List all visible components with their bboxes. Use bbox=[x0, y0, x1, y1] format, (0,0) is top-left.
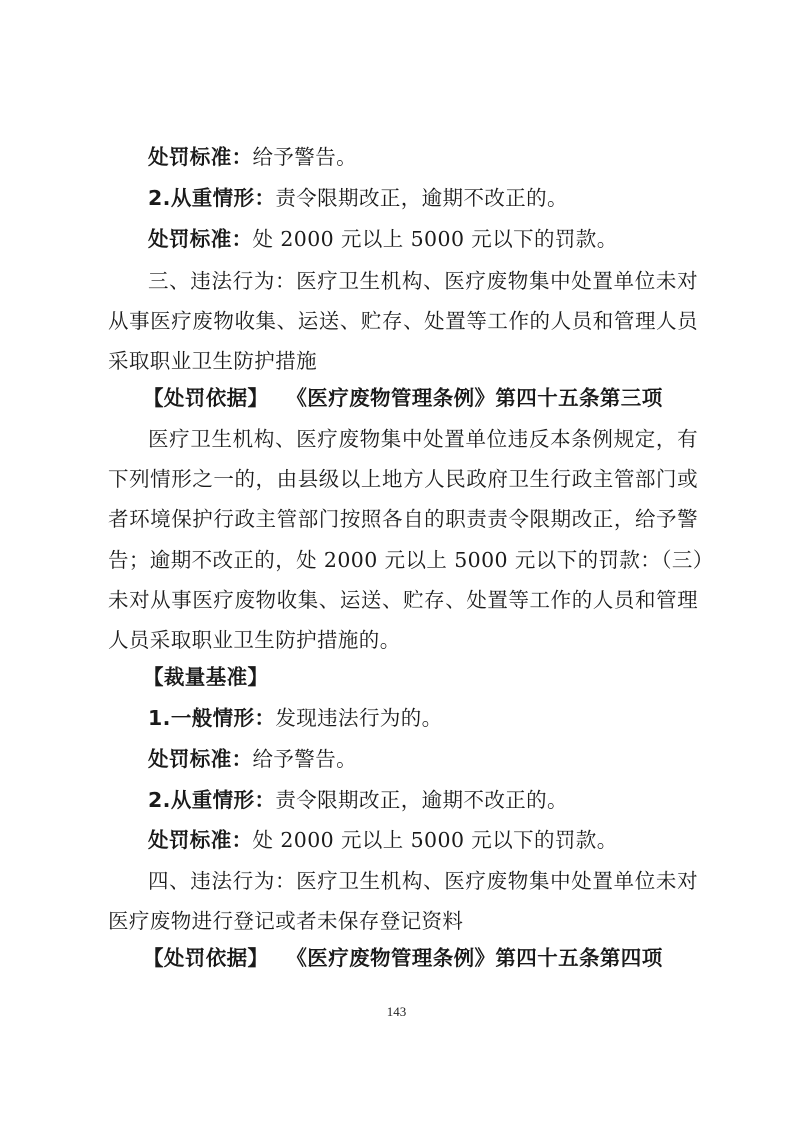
serious-case-line: 2.从重情形：责令限期改正，逾期不改正的。 bbox=[148, 787, 738, 813]
general-case-line: 1.一般情形：发现违法行为的。 bbox=[148, 705, 738, 731]
serious-case-label: 2.从重情形： bbox=[148, 788, 275, 812]
violation-text: 从事医疗废物收集、运送、贮存、处置等工作的人员和管理人员 bbox=[108, 308, 698, 334]
general-case-text: 发现违法行为的。 bbox=[275, 706, 442, 730]
penalty-basis-heading: 【处罚依据】《医疗废物管理条例》第四十五条第三项 bbox=[143, 385, 733, 411]
penalty-standard-text: 处 2000 元以上 5000 元以下的罚款。 bbox=[253, 227, 618, 251]
discretion-standard-heading: 【裁量基准】 bbox=[143, 664, 733, 690]
penalty-standard-label: 处罚标准： bbox=[148, 145, 253, 169]
penalty-basis-label: 【处罚依据】 bbox=[143, 946, 268, 970]
general-case-label: 1.一般情形： bbox=[148, 706, 275, 730]
penalty-standard-line: 处罚标准：处 2000 元以上 5000 元以下的罚款。 bbox=[148, 827, 738, 853]
basis-body-text: 医疗卫生机构、医疗废物集中处置单位违反本条例规定，有 bbox=[148, 426, 698, 452]
violation-heading-4: 四、违法行为：医疗卫生机构、医疗废物集中处置单位未对 bbox=[148, 868, 698, 894]
serious-case-label: 2.从重情形： bbox=[148, 186, 275, 210]
penalty-basis-reference: 《医疗废物管理条例》第四十五条第四项 bbox=[286, 946, 662, 970]
basis-body-text: 告；逾期不改正的，处 2000 元以上 5000 元以下的罚款：（三） bbox=[108, 547, 698, 573]
penalty-standard-text: 给予警告。 bbox=[253, 145, 358, 169]
basis-body-text: 人员采取职业卫生防护措施的。 bbox=[108, 627, 698, 653]
penalty-basis-reference: 《医疗废物管理条例》第四十五条第三项 bbox=[286, 386, 662, 410]
penalty-basis-label: 【处罚依据】 bbox=[143, 386, 268, 410]
serious-case-line: 2.从重情形：责令限期改正，逾期不改正的。 bbox=[148, 185, 738, 211]
penalty-standard-label: 处罚标准： bbox=[148, 227, 253, 251]
serious-case-text: 责令限期改正，逾期不改正的。 bbox=[275, 186, 568, 210]
serious-case-text: 责令限期改正，逾期不改正的。 bbox=[275, 788, 568, 812]
penalty-basis-heading: 【处罚依据】《医疗废物管理条例》第四十五条第四项 bbox=[143, 945, 733, 971]
basis-body-text: 者环境保护行政主管部门按照各自的职责责令限期改正，给予警 bbox=[108, 506, 698, 532]
penalty-standard-label: 处罚标准： bbox=[148, 828, 253, 852]
penalty-standard-label: 处罚标准： bbox=[148, 747, 253, 771]
page-number: 143 bbox=[0, 1004, 793, 1020]
basis-body-text: 下列情形之一的，由县级以上地方人民政府卫生行政主管部门或 bbox=[108, 466, 698, 492]
violation-heading-3: 三、违法行为：医疗卫生机构、医疗废物集中处置单位未对 bbox=[148, 268, 698, 294]
penalty-standard-line: 处罚标准：处 2000 元以上 5000 元以下的罚款。 bbox=[148, 226, 738, 252]
violation-text: 医疗废物进行登记或者未保存登记资料 bbox=[108, 908, 698, 934]
penalty-standard-line: 处罚标准：给予警告。 bbox=[148, 144, 738, 170]
penalty-standard-line: 处罚标准：给予警告。 bbox=[148, 746, 738, 772]
penalty-standard-text: 给予警告。 bbox=[253, 747, 358, 771]
document-page: 处罚标准：给予警告。 2.从重情形：责令限期改正，逾期不改正的。 处罚标准：处 … bbox=[0, 0, 793, 1122]
basis-body-text: 未对从事医疗废物收集、运送、贮存、处置等工作的人员和管理 bbox=[108, 587, 698, 613]
violation-text: 采取职业卫生防护措施 bbox=[108, 348, 698, 374]
penalty-standard-text: 处 2000 元以上 5000 元以下的罚款。 bbox=[253, 828, 618, 852]
